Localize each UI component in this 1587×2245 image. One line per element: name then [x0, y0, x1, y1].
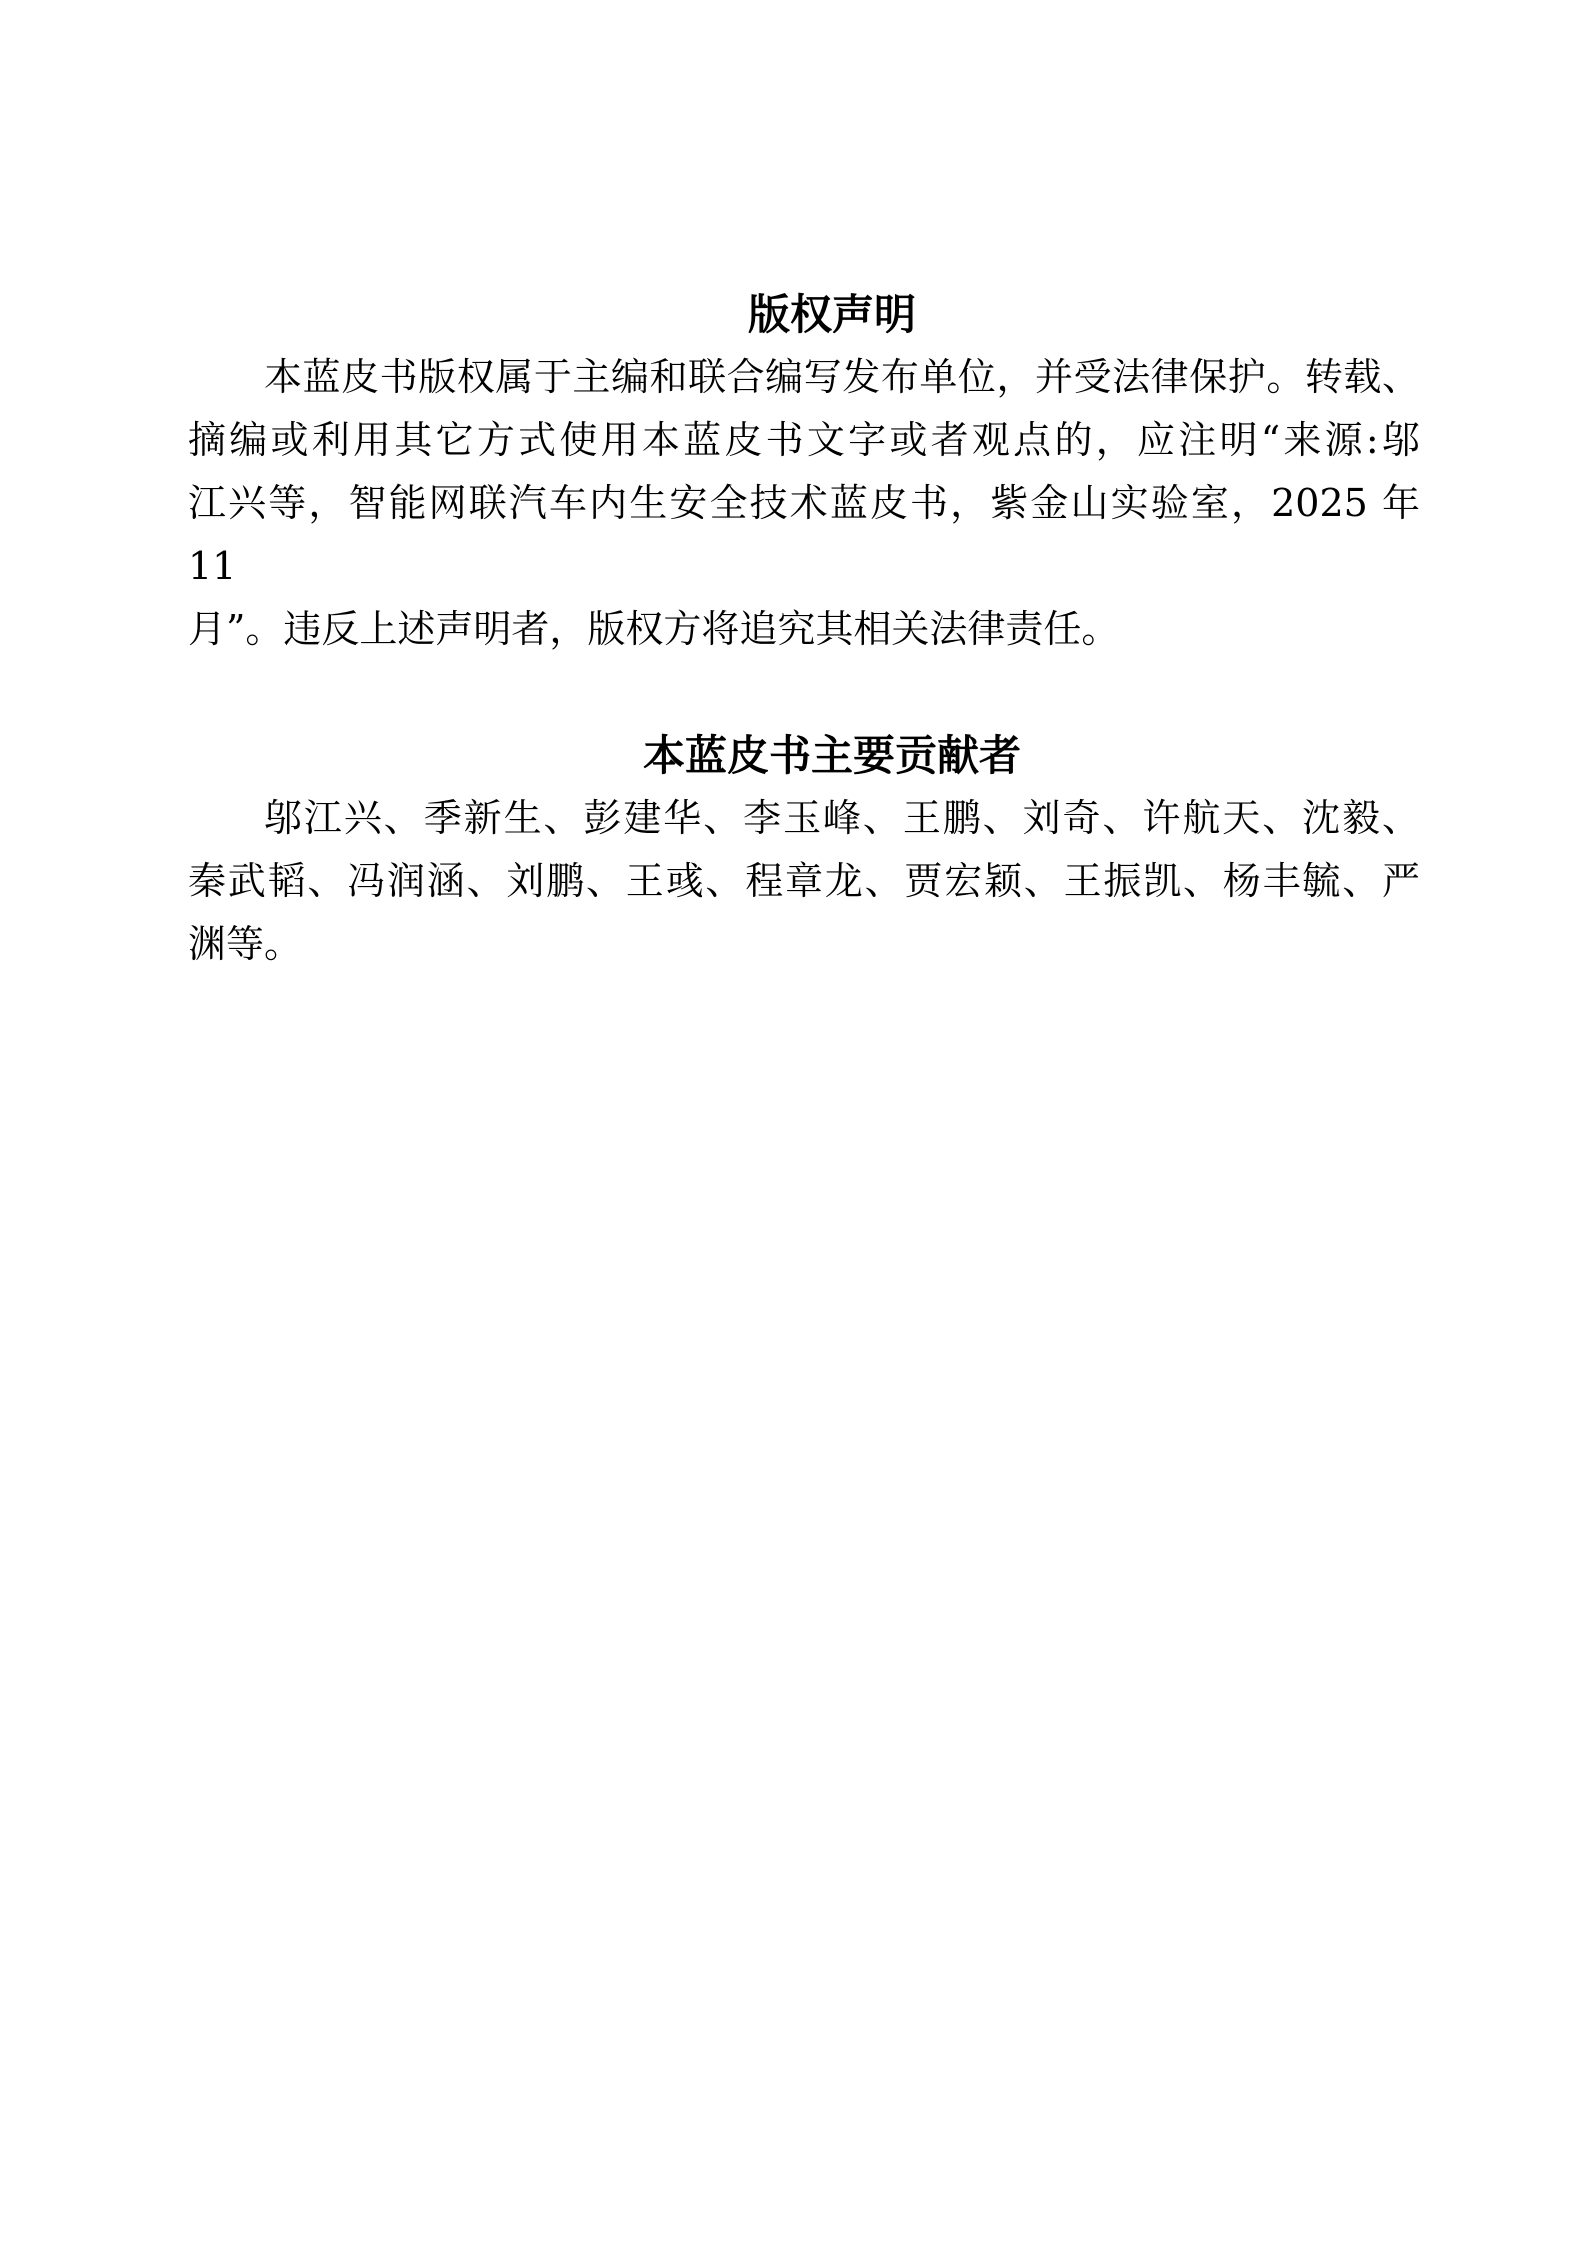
page-content: 版权声明 本蓝皮书版权属于主编和联合编写发布单位，并受法律保护。转载、 摘编或利… [188, 283, 1420, 976]
contributors-title: 本蓝皮书主要贡献者 [188, 724, 1420, 787]
copyright-paragraph-line: 本蓝皮书版权属于主编和联合编写发布单位，并受法律保护。转载、 [188, 346, 1420, 409]
copyright-paragraph-line: 江兴等，智能网联汽车内生安全技术蓝皮书，紫金山实验室，2025 年 11 [188, 472, 1420, 598]
contributors-line: 邬江兴、季新生、彭建华、李玉峰、王鹏、刘奇、许航天、沈毅、 [188, 787, 1420, 850]
contributors-line: 渊等。 [188, 913, 1420, 976]
copyright-paragraph-line: 摘编或利用其它方式使用本蓝皮书文字或者观点的，应注明“来源:邬 [188, 409, 1420, 472]
copyright-statement-title: 版权声明 [188, 283, 1420, 346]
blank-line-spacer [188, 661, 1420, 724]
document-page: 版权声明 本蓝皮书版权属于主编和联合编写发布单位，并受法律保护。转载、 摘编或利… [0, 0, 1587, 2245]
contributors-line: 秦武韬、冯润涵、刘鹏、王彧、程章龙、贾宏颖、王振凯、杨丰毓、严 [188, 850, 1420, 913]
copyright-paragraph-line: 月”。违反上述声明者，版权方将追究其相关法律责任。 [188, 598, 1420, 661]
